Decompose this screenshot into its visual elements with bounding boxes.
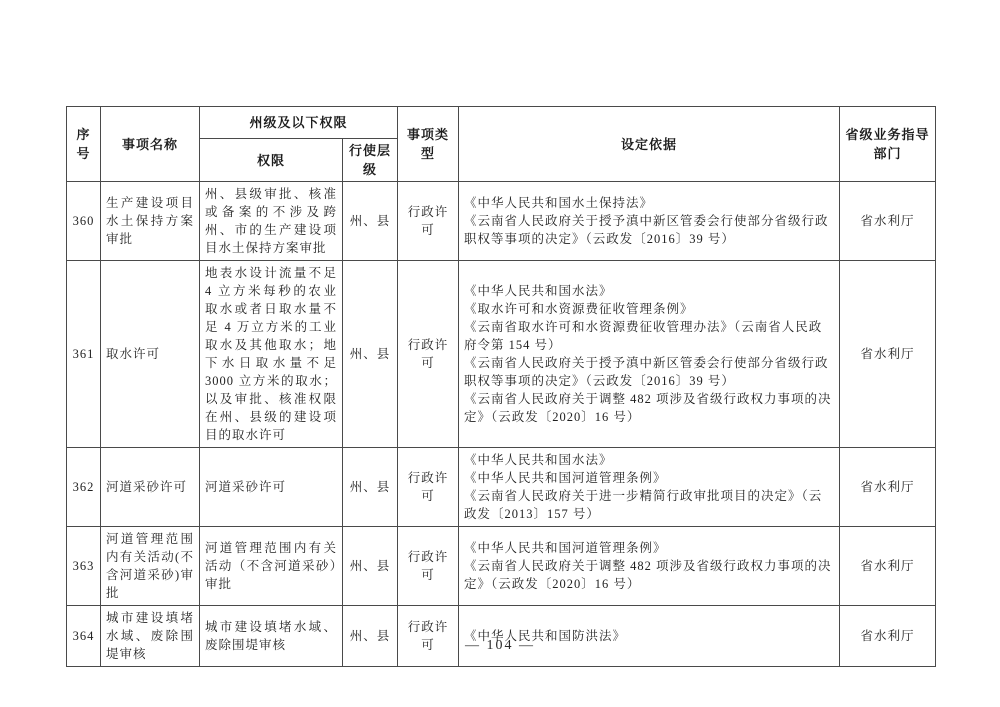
cell-item-name: 取水许可 bbox=[101, 261, 200, 448]
cell-item-name: 河道管理范围内有关活动(不含河道采砂)审批 bbox=[101, 527, 200, 606]
header-prefecture-authority-group: 州级及以下权限 bbox=[200, 107, 398, 139]
cell-authority: 城市建设填堵水域、废除围堤审核 bbox=[200, 606, 343, 667]
cell-item-type: 行政许可 bbox=[398, 448, 459, 527]
cell-exercise-level: 州、县 bbox=[343, 448, 398, 527]
cell-guidance-department: 省水利厅 bbox=[840, 527, 936, 606]
cell-serial-number: 364 bbox=[67, 606, 101, 667]
cell-item-name: 城市建设填堵水域、废除围堤审核 bbox=[101, 606, 200, 667]
cell-serial-number: 362 bbox=[67, 448, 101, 527]
cell-setting-basis: 《中华人民共和国河道管理条例》 《云南省人民政府关于调整 482 项涉及省级行政… bbox=[459, 527, 840, 606]
page-number: — 104 — bbox=[0, 638, 1000, 654]
cell-exercise-level: 州、县 bbox=[343, 606, 398, 667]
table-row-363: 363 河道管理范围内有关活动(不含河道采砂)审批 河道管理范围内有关活动（不含… bbox=[67, 527, 936, 606]
cell-guidance-department: 省水利厅 bbox=[840, 448, 936, 527]
cell-authority: 河道管理范围内有关活动（不含河道采砂）审批 bbox=[200, 527, 343, 606]
table-row-360: 360 生产建设项目水土保持方案审批 州、县级审批、核准或备案的不涉及跨州、市的… bbox=[67, 182, 936, 261]
header-serial-number: 序号 bbox=[67, 107, 101, 182]
header-exercise-level: 行使层级 bbox=[343, 139, 398, 182]
table-row-364: 364 城市建设填堵水域、废除围堤审核 城市建设填堵水域、废除围堤审核 州、县 … bbox=[67, 606, 936, 667]
header-authority: 权限 bbox=[200, 139, 343, 182]
cell-item-type: 行政许可 bbox=[398, 527, 459, 606]
header-item-name: 事项名称 bbox=[101, 107, 200, 182]
cell-setting-basis: 《中华人民共和国水法》 《取水许可和水资源费征收管理条例》 《云南省取水许可和水… bbox=[459, 261, 840, 448]
authority-items-table: 序号 事项名称 州级及以下权限 事项类型 设定依据 省级业务指导部门 权限 行使… bbox=[66, 106, 936, 667]
cell-guidance-department: 省水利厅 bbox=[840, 182, 936, 261]
cell-serial-number: 360 bbox=[67, 182, 101, 261]
document-page: 序号 事项名称 州级及以下权限 事项类型 设定依据 省级业务指导部门 权限 行使… bbox=[0, 0, 1000, 707]
table-header: 序号 事项名称 州级及以下权限 事项类型 设定依据 省级业务指导部门 权限 行使… bbox=[67, 107, 936, 182]
cell-item-type: 行政许可 bbox=[398, 182, 459, 261]
cell-item-type: 行政许可 bbox=[398, 261, 459, 448]
cell-setting-basis: 《中华人民共和国防洪法》 bbox=[459, 606, 840, 667]
cell-item-name: 生产建设项目水土保持方案审批 bbox=[101, 182, 200, 261]
cell-exercise-level: 州、县 bbox=[343, 527, 398, 606]
cell-setting-basis: 《中华人民共和国水法》 《中华人民共和国河道管理条例》 《云南省人民政府关于进一… bbox=[459, 448, 840, 527]
cell-item-type: 行政许可 bbox=[398, 606, 459, 667]
table-body: 360 生产建设项目水土保持方案审批 州、县级审批、核准或备案的不涉及跨州、市的… bbox=[67, 182, 936, 667]
table-row-362: 362 河道采砂许可 河道采砂许可 州、县 行政许可 《中华人民共和国水法》 《… bbox=[67, 448, 936, 527]
cell-setting-basis: 《中华人民共和国水土保持法》 《云南省人民政府关于授予滇中新区管委会行使部分省级… bbox=[459, 182, 840, 261]
cell-authority: 地表水设计流量不足 4 立方米每秒的农业取水或者日取水量不足 4 万立方米的工业… bbox=[200, 261, 343, 448]
cell-authority: 河道采砂许可 bbox=[200, 448, 343, 527]
cell-item-name: 河道采砂许可 bbox=[101, 448, 200, 527]
header-setting-basis: 设定依据 bbox=[459, 107, 840, 182]
header-row-top: 序号 事项名称 州级及以下权限 事项类型 设定依据 省级业务指导部门 bbox=[67, 107, 936, 139]
cell-authority: 州、县级审批、核准或备案的不涉及跨州、市的生产建设项目水土保持方案审批 bbox=[200, 182, 343, 261]
cell-serial-number: 361 bbox=[67, 261, 101, 448]
cell-guidance-department: 省水利厅 bbox=[840, 261, 936, 448]
header-item-type: 事项类型 bbox=[398, 107, 459, 182]
cell-exercise-level: 州、县 bbox=[343, 261, 398, 448]
cell-guidance-department: 省水利厅 bbox=[840, 606, 936, 667]
cell-serial-number: 363 bbox=[67, 527, 101, 606]
cell-exercise-level: 州、县 bbox=[343, 182, 398, 261]
header-guidance-department: 省级业务指导部门 bbox=[840, 107, 936, 182]
table-row-361: 361 取水许可 地表水设计流量不足 4 立方米每秒的农业取水或者日取水量不足 … bbox=[67, 261, 936, 448]
